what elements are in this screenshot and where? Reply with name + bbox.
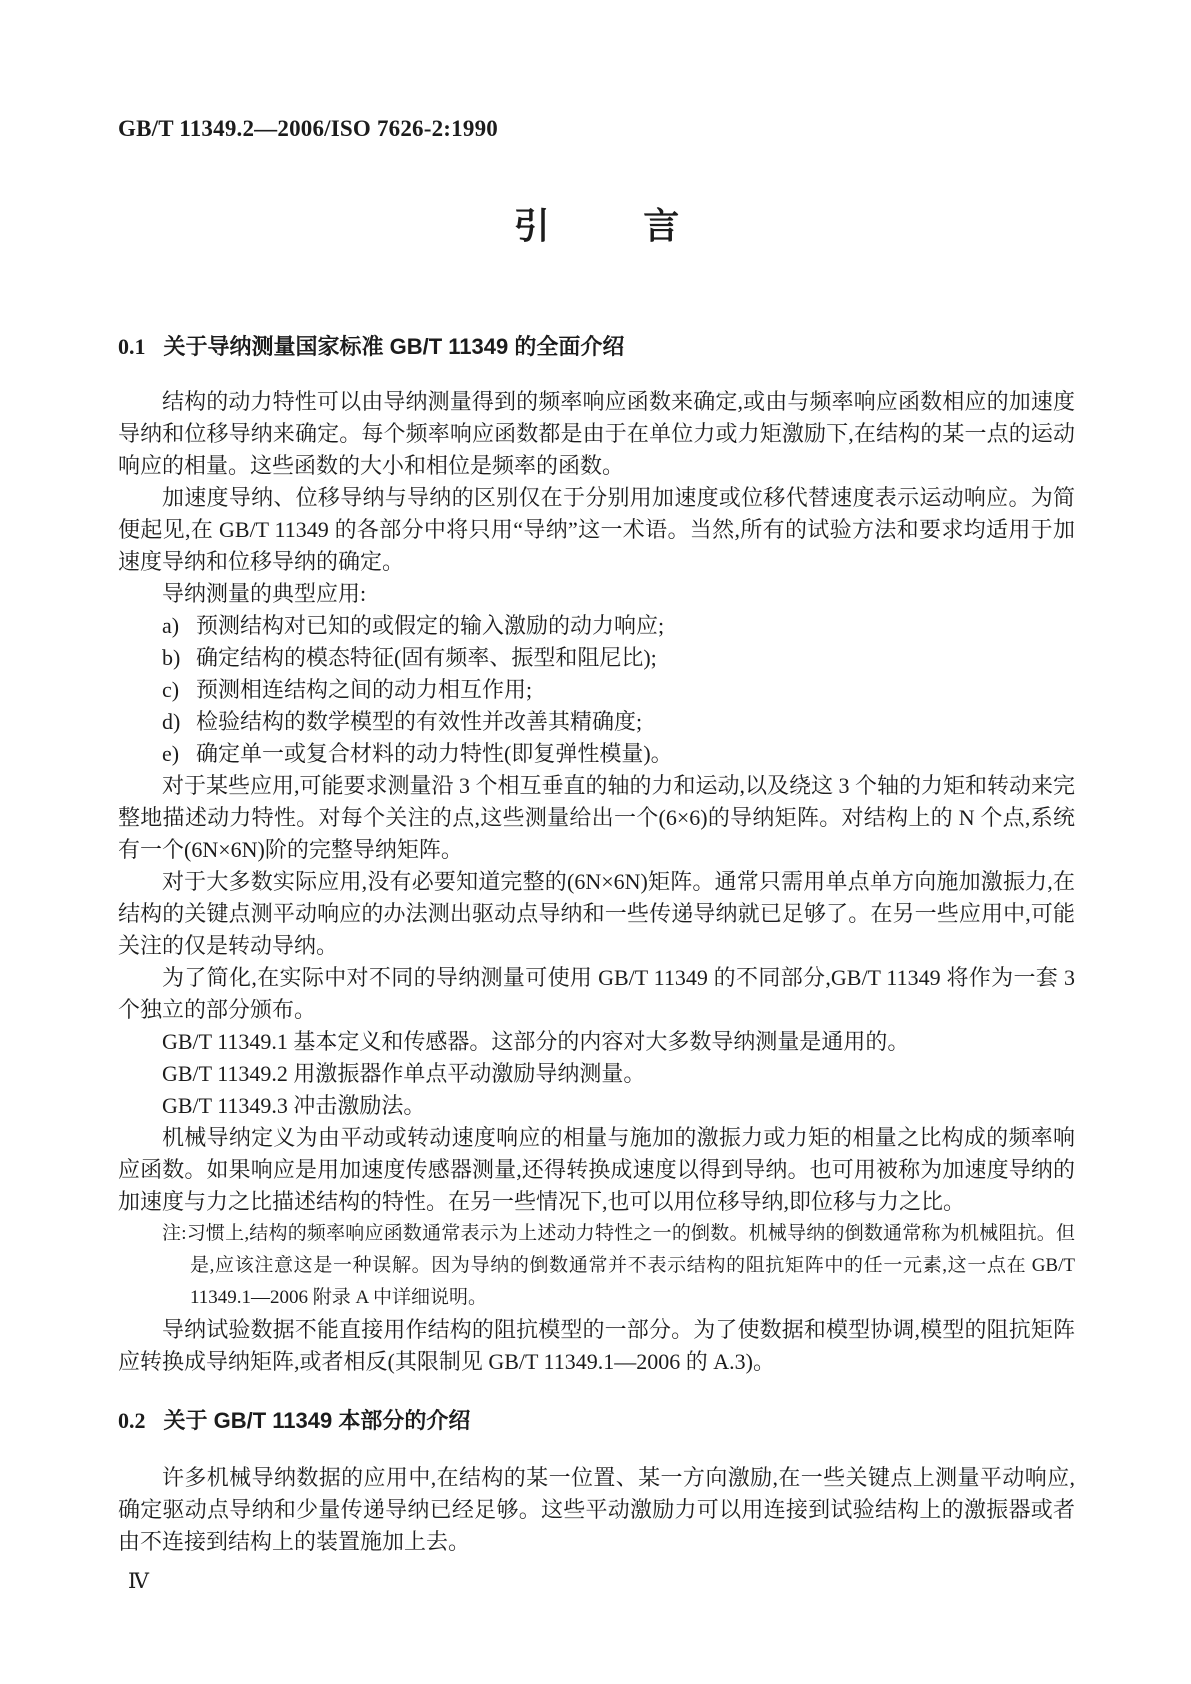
paragraph: 为了简化,在实际中对不同的导纳测量可使用 GB/T 11349 的不同部分,GB… (118, 962, 1075, 1026)
standard-part-line: GB/T 11349.1 基本定义和传感器。这部分的内容对大多数导纳测量是通用的… (118, 1026, 1075, 1058)
section-heading-0-1: 0.1关于导纳测量国家标准 GB/T 11349 的全面介绍 (118, 332, 1075, 362)
section-0-2-body: 许多机械导纳数据的应用中,在结构的某一位置、某一方向激励,在一些关键点上测量平动… (118, 1462, 1075, 1558)
paragraph: 结构的动力特性可以由导纳测量得到的频率响应函数来确定,或由与频率响应函数相应的加… (118, 386, 1075, 482)
list-item: b)确定结构的模态特征(固有频率、振型和阻尼比); (118, 642, 1075, 674)
list-item-text: 确定单一或复合材料的动力特性(即复弹性模量)。 (196, 741, 673, 766)
list-item-text: 预测相连结构之间的动力相互作用; (196, 677, 532, 702)
list-item-text: 预测结构对已知的或假定的输入激励的动力响应; (196, 613, 664, 638)
list-item: d)检验结构的数学模型的有效性并改善其精确度; (118, 706, 1075, 738)
list-item-label: e) (162, 738, 196, 770)
paragraph: 加速度导纳、位移导纳与导纳的区别仅在于分别用加速度或位移代替速度表示运动响应。为… (118, 482, 1075, 578)
paragraph: 导纳测量的典型应用: (118, 578, 1075, 610)
standard-part-line: GB/T 11349.3 冲击激励法。 (118, 1090, 1075, 1122)
note-paragraph: 注:习惯上,结构的频率响应函数通常表示为上述动力特性之一的倒数。机械导纳的倒数通… (118, 1218, 1075, 1314)
section-0-1-body: 结构的动力特性可以由导纳测量得到的频率响应函数来确定,或由与频率响应函数相应的加… (118, 386, 1075, 1378)
paragraph: 导纳试验数据不能直接用作结构的阻抗模型的一部分。为了使数据和模型协调,模型的阻抗… (118, 1314, 1075, 1378)
list-item-label: c) (162, 674, 196, 706)
list-item-label: d) (162, 706, 196, 738)
section-number: 0.2 (118, 1406, 146, 1436)
section-heading-text: 关于 GB/T 11349 本部分的介绍 (164, 1408, 471, 1433)
list-item-label: a) (162, 610, 196, 642)
list-item-text: 确定结构的模态特征(固有频率、振型和阻尼比); (196, 645, 657, 670)
list-item-text: 检验结构的数学模型的有效性并改善其精确度; (196, 709, 642, 734)
list-item: a)预测结构对已知的或假定的输入激励的动力响应; (118, 610, 1075, 642)
page-number: Ⅳ (118, 1566, 1075, 1596)
list-item-label: b) (162, 642, 196, 674)
paragraph: 对于大多数实际应用,没有必要知道完整的(6N×6N)矩阵。通常只需用单点单方向施… (118, 866, 1075, 962)
document-page: GB/T 11349.2—2006/ISO 7626-2:1990 引言 0.1… (0, 0, 1191, 1684)
paragraph: 机械导纳定义为由平动或转动速度响应的相量与施加的激振力或力矩的相量之比构成的频率… (118, 1122, 1075, 1218)
section-heading-text: 关于导纳测量国家标准 GB/T 11349 的全面介绍 (164, 334, 625, 359)
standard-code-header: GB/T 11349.2—2006/ISO 7626-2:1990 (118, 116, 1075, 142)
standard-part-line: GB/T 11349.2 用激振器作单点平动激励导纳测量。 (118, 1058, 1075, 1090)
section-heading-0-2: 0.2关于 GB/T 11349 本部分的介绍 (118, 1406, 1075, 1436)
paragraph: 对于某些应用,可能要求测量沿 3 个相互垂直的轴的力和运动,以及绕这 3 个轴的… (118, 770, 1075, 866)
list-item: e)确定单一或复合材料的动力特性(即复弹性模量)。 (118, 738, 1075, 770)
section-number: 0.1 (118, 332, 146, 362)
page-title: 引言 (118, 204, 1075, 248)
paragraph: 许多机械导纳数据的应用中,在结构的某一位置、某一方向激励,在一些关键点上测量平动… (118, 1462, 1075, 1558)
list-item: c)预测相连结构之间的动力相互作用; (118, 674, 1075, 706)
